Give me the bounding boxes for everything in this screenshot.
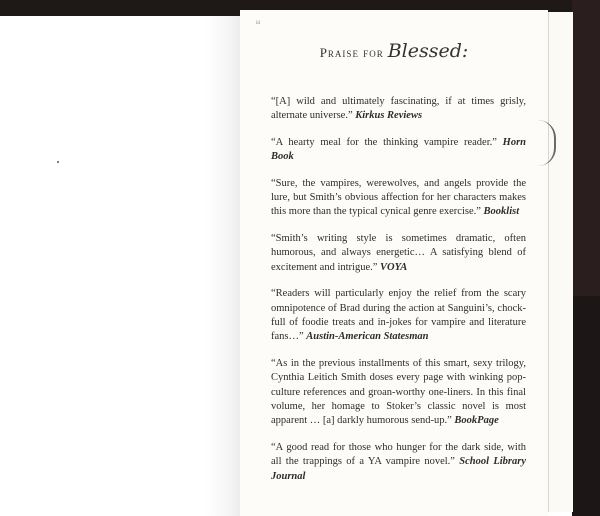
quote-source: Booklist <box>484 206 520 217</box>
quote-source: VOYA <box>380 262 407 273</box>
review-quote: “[A] wild and ultimately fascinating, if… <box>271 95 526 124</box>
flyleaf-edge <box>548 12 573 512</box>
page-number: iii <box>256 21 260 26</box>
paper-speck <box>57 161 59 163</box>
quotes-list: “[A] wild and ultimately fascinating, if… <box>271 84 526 497</box>
quote-source: Kirkus Reviews <box>355 110 422 121</box>
quote-source: BookPage <box>454 415 498 426</box>
review-quote: “A hearty meal for the thinking vampire … <box>271 136 526 165</box>
quote-text: “A hearty meal for the thinking vampire … <box>271 137 497 148</box>
review-quote: “Readers will particularly enjoy the rel… <box>271 287 526 344</box>
review-quote: “A good read for those who hunger for th… <box>271 441 526 484</box>
quote-source: Austin-American Statesman <box>306 331 428 342</box>
praise-heading: Praise forBlessed: <box>240 40 548 62</box>
heading-book-title: Blessed: <box>388 40 469 62</box>
heading-prefix: Praise for <box>320 45 384 60</box>
review-quote: “Smith’s writing style is sometimes dram… <box>271 232 526 275</box>
review-quote: “As in the previous installments of this… <box>271 357 526 428</box>
review-quote: “Sure, the vampires, werewolves, and ang… <box>271 177 526 220</box>
book-gutter-shadow <box>205 16 245 516</box>
scan-background-right-lower <box>572 296 600 516</box>
